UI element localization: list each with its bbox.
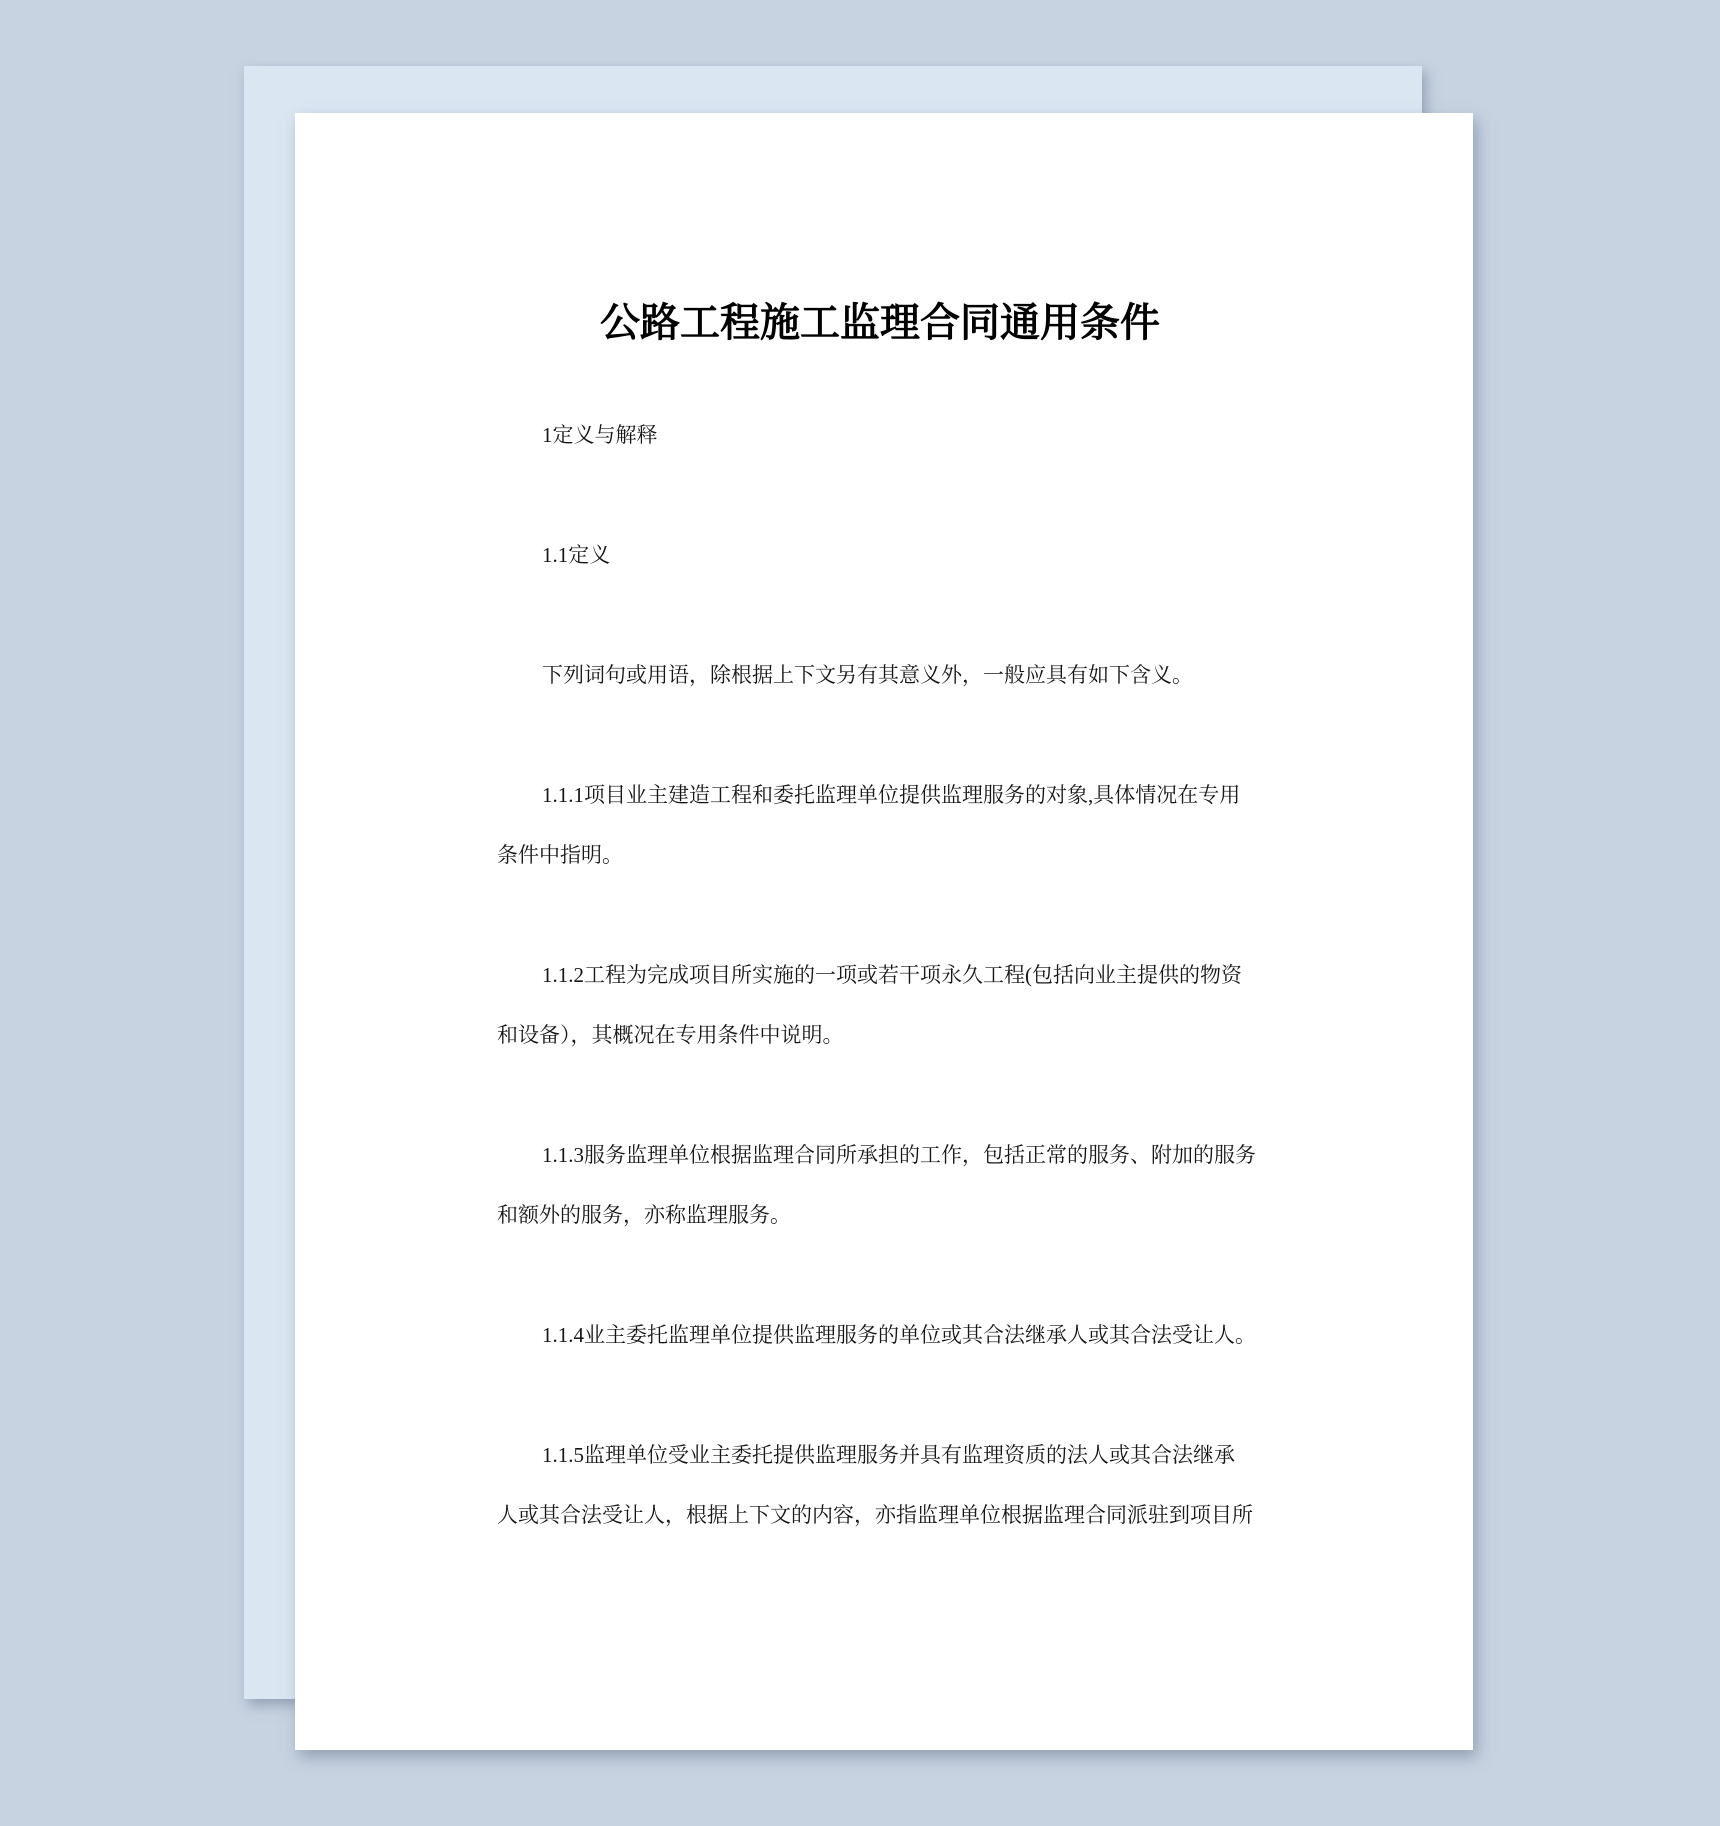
paragraph-line: 1.1.3服务监理单位根据监理合同所承担的工作，包括正常的服务、附加的服务 xyxy=(497,1125,1263,1185)
document-page: 公路工程施工监理合同通用条件 1定义与解释 1.1定义 下列词句或用语，除根据上… xyxy=(295,113,1473,1750)
paragraph-line: 1.1定义 xyxy=(497,525,1263,585)
paragraph-line: 和额外的服务，亦称监理服务。 xyxy=(497,1185,1263,1245)
page-title: 公路工程施工监理合同通用条件 xyxy=(497,293,1263,353)
paragraph-clause-1-1-5: 1.1.5监理单位受业主委托提供监理服务并具有监理资质的法人或其合法继承 人或其… xyxy=(497,1425,1263,1545)
paragraph-line: 下列词句或用语，除根据上下文另有其意义外，一般应具有如下含义。 xyxy=(497,645,1263,705)
template-preview-background: { "page": { "background_color": "#c7d3e1… xyxy=(0,0,1720,1826)
paragraph-line: 1定义与解释 xyxy=(497,405,1263,465)
paragraph-line: 和设备），其概况在专用条件中说明。 xyxy=(497,1005,1263,1065)
paragraph-line: 1.1.4业主委托监理单位提供监理服务的单位或其合法继承人或其合法受让人。 xyxy=(497,1305,1263,1365)
paragraph-heading-1: 1定义与解释 xyxy=(497,405,1263,465)
paragraph-line: 1.1.1项目业主建造工程和委托监理单位提供监理服务的对象,具体情况在专用 xyxy=(497,765,1263,825)
paragraph-line: 人或其合法受让人，根据上下文的内容，亦指监理单位根据监理合同派驻到项目所 xyxy=(497,1485,1263,1545)
paragraph-line: 1.1.2工程为完成项目所实施的一项或若干项永久工程(包括向业主提供的物资 xyxy=(497,945,1263,1005)
paragraph-heading-1-1: 1.1定义 xyxy=(497,525,1263,585)
paragraph-intro: 下列词句或用语，除根据上下文另有其意义外，一般应具有如下含义。 xyxy=(497,645,1263,705)
paragraph-clause-1-1-1: 1.1.1项目业主建造工程和委托监理单位提供监理服务的对象,具体情况在专用 条件… xyxy=(497,765,1263,885)
paragraph-clause-1-1-4: 1.1.4业主委托监理单位提供监理服务的单位或其合法继承人或其合法受让人。 xyxy=(497,1305,1263,1365)
paragraph-line: 1.1.5监理单位受业主委托提供监理服务并具有监理资质的法人或其合法继承 xyxy=(497,1425,1263,1485)
paragraph-clause-1-1-2: 1.1.2工程为完成项目所实施的一项或若干项永久工程(包括向业主提供的物资 和设… xyxy=(497,945,1263,1065)
paragraph-clause-1-1-3: 1.1.3服务监理单位根据监理合同所承担的工作，包括正常的服务、附加的服务 和额… xyxy=(497,1125,1263,1245)
paragraph-line: 条件中指明。 xyxy=(497,825,1263,885)
